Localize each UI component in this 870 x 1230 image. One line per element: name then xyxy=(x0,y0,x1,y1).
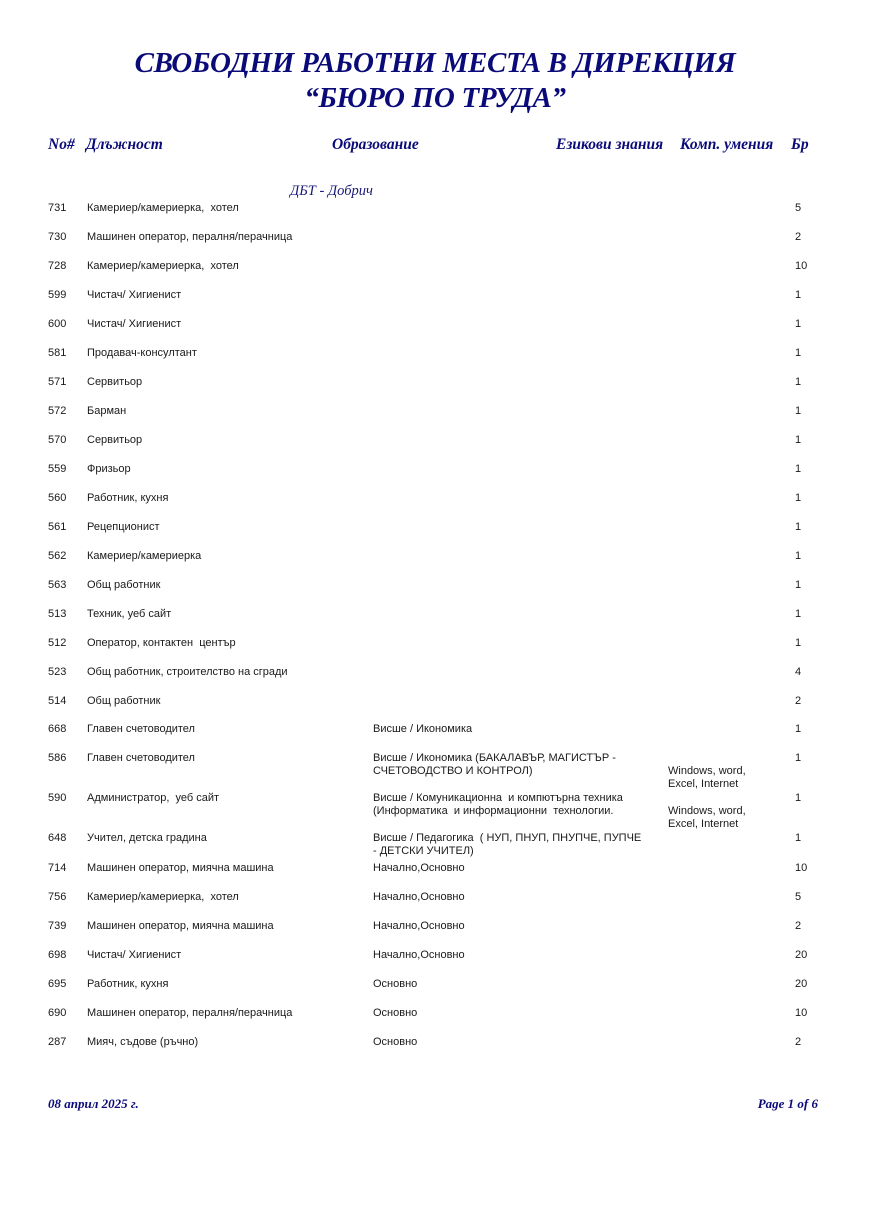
cell-no: 600 xyxy=(48,318,66,331)
footer-date: 08 април 2025 г. xyxy=(48,1096,139,1112)
cell-no: 739 xyxy=(48,920,66,933)
section-heading: ДБТ - Добрич xyxy=(290,183,373,200)
cell-count: 1 xyxy=(795,347,801,360)
cell-position: Общ работник xyxy=(87,695,160,708)
cell-count: 1 xyxy=(795,579,801,592)
cell-count: 1 xyxy=(795,752,801,765)
cell-position: Камериер/камериерка, хотел xyxy=(87,202,239,215)
cell-position: Камериер/камериерка xyxy=(87,550,201,563)
cell-count: 2 xyxy=(795,231,801,244)
cell-position: Главен счетоводител xyxy=(87,723,195,736)
cell-position: Администратор, уеб сайт xyxy=(87,792,219,805)
cell-position: Камериер/камериерка, хотел xyxy=(87,891,239,904)
cell-count: 1 xyxy=(795,289,801,302)
cell-no: 512 xyxy=(48,637,66,650)
cell-education: Основно xyxy=(373,978,417,991)
column-header-computer-skills: Комп. умения xyxy=(680,136,773,154)
cell-position: Машинен оператор, пералня/перачница xyxy=(87,1007,292,1020)
cell-count: 1 xyxy=(795,463,801,476)
cell-education: Висше / Комуникационна и компютърна техн… xyxy=(373,792,623,818)
cell-education: Основно xyxy=(373,1007,417,1020)
cell-count: 10 xyxy=(795,260,807,273)
cell-no: 563 xyxy=(48,579,66,592)
cell-position: Камериер/камериерка, хотел xyxy=(87,260,239,273)
column-header-education: Образование xyxy=(332,136,419,154)
cell-no: 513 xyxy=(48,608,66,621)
cell-no: 668 xyxy=(48,723,66,736)
cell-no: 559 xyxy=(48,463,66,476)
document-title-line-2: “БЮРО ПО ТРУДА” xyxy=(0,81,870,115)
column-header-count: Бр xyxy=(791,136,809,154)
cell-position: Машинен оператор, пералня/перачница xyxy=(87,231,292,244)
cell-position: Главен счетоводител xyxy=(87,752,195,765)
cell-count: 2 xyxy=(795,695,801,708)
cell-no: 590 xyxy=(48,792,66,805)
footer-page-number: Page 1 of 6 xyxy=(758,1096,818,1112)
cell-position: Общ работник, строителство на сгради xyxy=(87,666,288,679)
document-title-line-1: СВОБОДНИ РАБОТНИ МЕСТА В ДИРЕКЦИЯ xyxy=(0,46,870,80)
cell-no: 648 xyxy=(48,832,66,845)
cell-count: 5 xyxy=(795,202,801,215)
cell-no: 730 xyxy=(48,231,66,244)
cell-count: 10 xyxy=(795,1007,807,1020)
cell-position: Общ работник xyxy=(87,579,160,592)
cell-no: 562 xyxy=(48,550,66,563)
cell-position: Оператор, контактен център xyxy=(87,637,236,650)
cell-position: Мияч, съдове (ръчно) xyxy=(87,1036,198,1049)
cell-position: Сервитьор xyxy=(87,376,142,389)
cell-count: 1 xyxy=(795,376,801,389)
column-header-position: Длъжност xyxy=(86,136,163,154)
cell-no: 599 xyxy=(48,289,66,302)
cell-count: 2 xyxy=(795,920,801,933)
cell-count: 1 xyxy=(795,792,801,805)
cell-count: 1 xyxy=(795,434,801,447)
cell-count: 1 xyxy=(795,723,801,736)
cell-no: 287 xyxy=(48,1036,66,1049)
cell-count: 2 xyxy=(795,1036,801,1049)
cell-no: 561 xyxy=(48,521,66,534)
cell-count: 1 xyxy=(795,637,801,650)
cell-count: 4 xyxy=(795,666,801,679)
cell-position: Фризьор xyxy=(87,463,131,476)
cell-position: Чистач/ Хигиенист xyxy=(87,318,181,331)
cell-no: 514 xyxy=(48,695,66,708)
cell-count: 1 xyxy=(795,318,801,331)
cell-count: 1 xyxy=(795,832,801,845)
cell-education: Начално,Основно xyxy=(373,920,465,933)
cell-education: Начално,Основно xyxy=(373,891,465,904)
column-header-languages: Езикови знания xyxy=(556,136,663,154)
cell-no: 728 xyxy=(48,260,66,273)
cell-position: Машинен оператор, миячна машина xyxy=(87,862,274,875)
cell-position: Работник, кухня xyxy=(87,492,168,505)
cell-position: Барман xyxy=(87,405,126,418)
cell-position: Чистач/ Хигиенист xyxy=(87,949,181,962)
cell-count: 1 xyxy=(795,405,801,418)
cell-count: 1 xyxy=(795,608,801,621)
cell-count: 1 xyxy=(795,521,801,534)
cell-computer-skills: Windows, word, Excel, Internet xyxy=(668,765,746,791)
cell-no: 560 xyxy=(48,492,66,505)
cell-education: Начално,Основно xyxy=(373,949,465,962)
cell-education: Висше / Икономика (БАКАЛАВЪР, МАГИСТЪР -… xyxy=(373,752,616,778)
cell-no: 570 xyxy=(48,434,66,447)
cell-no: 714 xyxy=(48,862,66,875)
cell-education: Основно xyxy=(373,1036,417,1049)
cell-computer-skills: Windows, word, Excel, Internet xyxy=(668,805,746,831)
cell-count: 20 xyxy=(795,949,807,962)
cell-education: Висше / Икономика xyxy=(373,723,472,736)
cell-count: 5 xyxy=(795,891,801,904)
cell-education: Начално,Основно xyxy=(373,862,465,875)
cell-position: Работник, кухня xyxy=(87,978,168,991)
cell-no: 756 xyxy=(48,891,66,904)
cell-count: 1 xyxy=(795,550,801,563)
cell-count: 1 xyxy=(795,492,801,505)
cell-position: Учител, детска градина xyxy=(87,832,207,845)
cell-no: 698 xyxy=(48,949,66,962)
cell-no: 572 xyxy=(48,405,66,418)
cell-position: Техник, уеб сайт xyxy=(87,608,171,621)
cell-count: 10 xyxy=(795,862,807,875)
cell-no: 695 xyxy=(48,978,66,991)
cell-position: Рецепционист xyxy=(87,521,160,534)
cell-no: 523 xyxy=(48,666,66,679)
cell-position: Чистач/ Хигиенист xyxy=(87,289,181,302)
cell-no: 581 xyxy=(48,347,66,360)
cell-position: Продавач-консултант xyxy=(87,347,197,360)
cell-position: Машинен оператор, миячна машина xyxy=(87,920,274,933)
cell-no: 690 xyxy=(48,1007,66,1020)
cell-no: 586 xyxy=(48,752,66,765)
cell-position: Сервитьор xyxy=(87,434,142,447)
cell-no: 731 xyxy=(48,202,66,215)
cell-no: 571 xyxy=(48,376,66,389)
cell-count: 20 xyxy=(795,978,807,991)
cell-education: Висше / Педагогика ( НУП, ПНУП, ПНУПЧЕ, … xyxy=(373,832,641,858)
column-header-no: No# xyxy=(48,136,75,154)
